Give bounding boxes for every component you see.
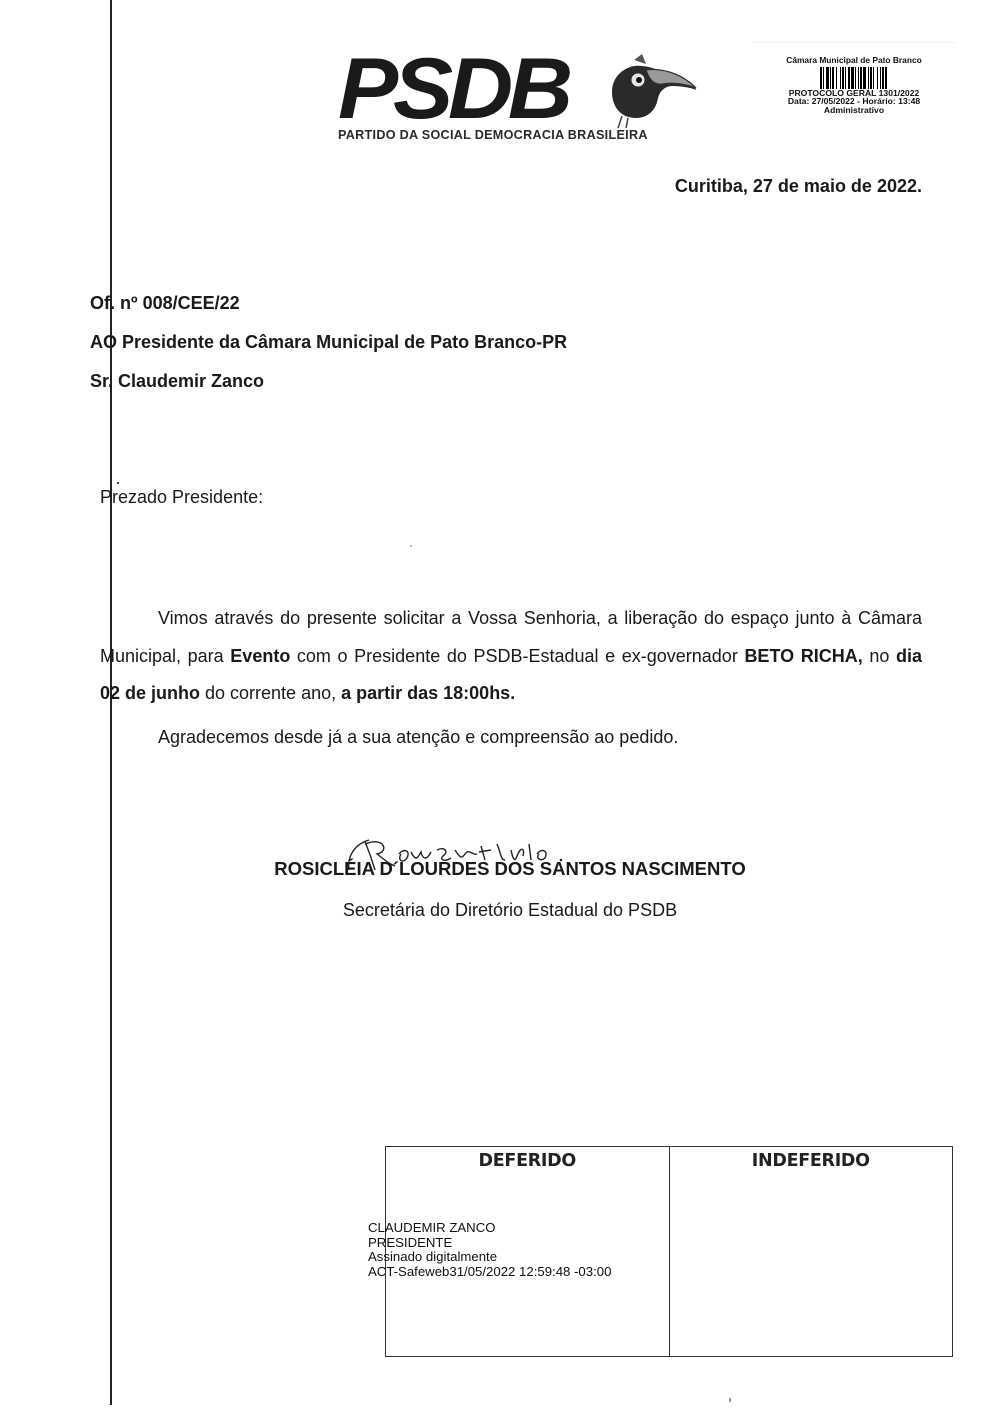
stamp-institution: Câmara Municipal de Pato Branco <box>752 55 956 65</box>
digital-signer-name: CLAUDEMIR ZANCO <box>368 1221 611 1236</box>
date-line: Curitiba, 27 de maio de 2022. <box>675 176 922 197</box>
office-number: Of. nº 008/CEE/22 <box>90 293 240 314</box>
text-run-bold: BETO RICHA, <box>744 646 862 666</box>
body-paragraph-thanks: Agradecemos desde já a sua atenção e com… <box>158 719 980 757</box>
signer-name: ROSICLÉIA D´LOURDES DOS SANTOS NASCIMENT… <box>0 858 995 880</box>
rejected-label: INDEFERIDO <box>670 1151 953 1171</box>
scan-speck <box>117 482 119 484</box>
text-run: no <box>863 646 896 666</box>
barcode-bar <box>887 67 888 89</box>
digital-signature-block: CLAUDEMIR ZANCO PRESIDENTE Assinado digi… <box>368 1221 611 1279</box>
scan-speck <box>410 545 412 547</box>
party-name: PARTIDO DA SOCIAL DEMOCRACIA BRASILEIRA <box>338 128 648 142</box>
approved-label: DEFERIDO <box>386 1151 669 1171</box>
scan-speck <box>729 1398 731 1402</box>
rejected-cell: INDEFERIDO <box>669 1147 953 1356</box>
toucan-icon <box>602 52 698 132</box>
text-run-bold: a partir das 18:00hs. <box>341 683 515 703</box>
signer-title: Secretária do Diretório Estadual do PSDB <box>0 900 995 921</box>
stamp-department: Administrativo <box>752 106 956 114</box>
logo-text: PSDB <box>338 46 568 132</box>
text-run-bold: Evento <box>230 646 290 666</box>
digital-signer-role: PRESIDENTE <box>368 1236 611 1251</box>
text-run: do corrente ano, <box>200 683 341 703</box>
digital-signature-certificate: ACT-Safeweb31/05/2022 12:59:48 -03:00 <box>368 1265 611 1280</box>
protocol-stamp: Câmara Municipal de Pato Branco PROTOCOL… <box>752 42 956 123</box>
text-run: com o Presidente do PSDB-Estadual e ex-g… <box>290 646 744 666</box>
psdb-logo: PSDB PARTIDO DA SOCIAL DEMOCRACIA BRASIL… <box>336 52 696 148</box>
salutation: Prezado Presidente: <box>100 487 263 508</box>
digital-signature-status: Assinado digitalmente <box>368 1250 611 1265</box>
barcode <box>791 67 917 89</box>
addressee: AO Presidente da Câmara Municipal de Pat… <box>90 332 567 353</box>
body-paragraph-request: Vimos através do presente solicitar a Vo… <box>100 600 922 713</box>
recipient: Sr. Claudemir Zanco <box>90 371 264 392</box>
